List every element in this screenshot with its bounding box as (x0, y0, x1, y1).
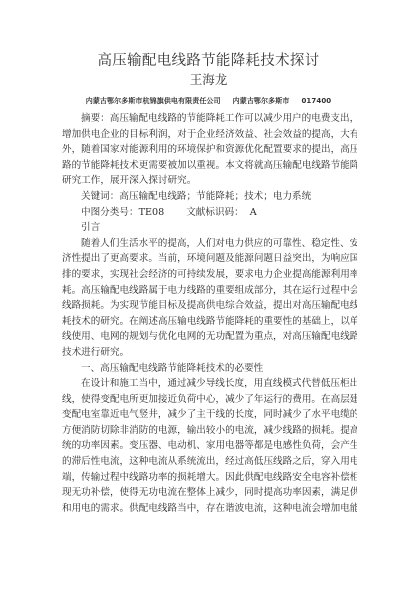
document-page: 高压输配电线路节能降耗技术探讨 王海龙 内蒙古鄂尔多斯市杭锦旗供电有限责任公司内… (0, 0, 417, 590)
section-line: 线，使得变配电所更加接近负荷中心，减少了年运行的费用。在高层建筑物当中， (62, 392, 357, 408)
section-line: 的滞后性电流，这种电流从系统流出，经过高低压线路之后，穿入用电设备的末 (62, 454, 357, 470)
abstract-line: 研究工作，展开深入探讨研究。 (62, 173, 357, 189)
intro-paragraph: 随着人们生活水平的提高，人们对电力供应的可靠性、稳定性、安全性及经 济性提出了更… (62, 236, 357, 361)
intro-line: 耗。高压输配电线路属于电力线路的重要组成部分，其在运行过程中会产生大量 (62, 283, 357, 299)
affiliation-org: 内蒙古鄂尔多斯市杭锦旗供电有限责任公司 (86, 97, 221, 105)
abstract: 摘要：高压输配电线路的节能降耗工作可以减少用户的电费支出，同时能够 增加供电企业… (62, 111, 357, 189)
section-line: 现无功补偿，使得无功电流在整体上减少，同时提高功率因素，满足供电的要求 (62, 485, 357, 501)
intro-line: 耗技术的研究。在阐述高压输电线路节能降耗的重要性的基础上，以单芯绝缘导 (62, 314, 357, 330)
doc-code-value: A (250, 207, 257, 218)
section-line: 变配电室靠近电气竖井，减少了主干线的长度，同时减少了水平电缆的敷设长度， (62, 407, 357, 423)
section-line: 端，传输过程中线路功率的损耗增大。因此供配电线路安全电容补偿柜，可以实 (62, 470, 357, 486)
abstract-line: 路的节能降耗技术更需要被加以重视。本文将就高压输配电线路节能降耗技术的 (62, 158, 357, 174)
section-line: 统的功率因素。变压器、电动机、家用电器等都是电感性负荷，会产生很多无功 (62, 438, 357, 454)
section-heading: 一、高压输配电线路节能降耗技术的必要性 (62, 361, 357, 377)
abstract-line: 增加供电企业的目标利润，对于企业经济效益、社会效益的提高，大有裨益。另 (62, 127, 357, 143)
intro-line: 技术进行研究。 (62, 345, 357, 361)
section-line: 和用电的需求。供配电线路当中，存在谐波电流，这种电流会增加电能损耗，同 (62, 501, 357, 517)
section-line: 在设计和施工当中，通过减少导线长度，用直线模式代替低压柜出线的回头 (62, 376, 357, 392)
intro-heading: 引言 (62, 220, 357, 236)
intro-line: 随着人们生活水平的提高，人们对电力供应的可靠性、稳定性、安全性及经 (62, 236, 357, 252)
author-affiliation: 内蒙古鄂尔多斯市杭锦旗供电有限责任公司内蒙古鄂尔多斯市017400 (0, 96, 417, 106)
affiliation-city: 内蒙古鄂尔多斯市 (233, 97, 290, 105)
author-name: 王海龙 (0, 70, 417, 88)
doc-code-label: 文献标识码： (186, 207, 244, 218)
clc-label: 中图分类号： (81, 207, 139, 218)
intro-line: 济性提出了更高要求。当前，环境问题及能源问题日益突出，为响应国家节能减 (62, 251, 357, 267)
classification: 中图分类号：TE08文献标识码：A (62, 205, 357, 221)
abstract-line: 外，随着国家对能源利用的环境保护和资源优化配置要求的提出，高压输配电线 (62, 142, 357, 158)
clc-value: TE08 (139, 207, 165, 218)
section-paragraph: 在设计和施工当中，通过减少导线长度，用直线模式代替低压柜出线的回头 线，使得变配… (62, 376, 357, 516)
affiliation-zip: 017400 (301, 97, 331, 105)
paper-body: 摘要：高压输配电线路的节能降耗工作可以减少用户的电费支出，同时能够 增加供电企业… (62, 111, 357, 516)
paper-title: 高压输配电线路节能降耗技术探讨 (0, 49, 417, 70)
intro-line: 线使用、电网的规划与优化电网的无功配置为重点，对高压输配电线路节能降耗 (62, 329, 357, 345)
keywords: 关键词：高压输配电线路；节能降耗；技术；电力系统 (62, 189, 357, 205)
section-line: 方便消防切除非消防的电源，输出较小的电流，减少线路的损耗。提高供配电系 (62, 423, 357, 439)
intro-line: 排的要求，实现社会经济的可持续发展，要求电力企业提高能源利用率，降低能 (62, 267, 357, 283)
abstract-line: 摘要：高压输配电线路的节能降耗工作可以减少用户的电费支出，同时能够 (62, 111, 357, 127)
intro-line: 线路损耗。为实现节能目标及提高供电综合效益，提出对高压输配电线路节能降 (62, 298, 357, 314)
